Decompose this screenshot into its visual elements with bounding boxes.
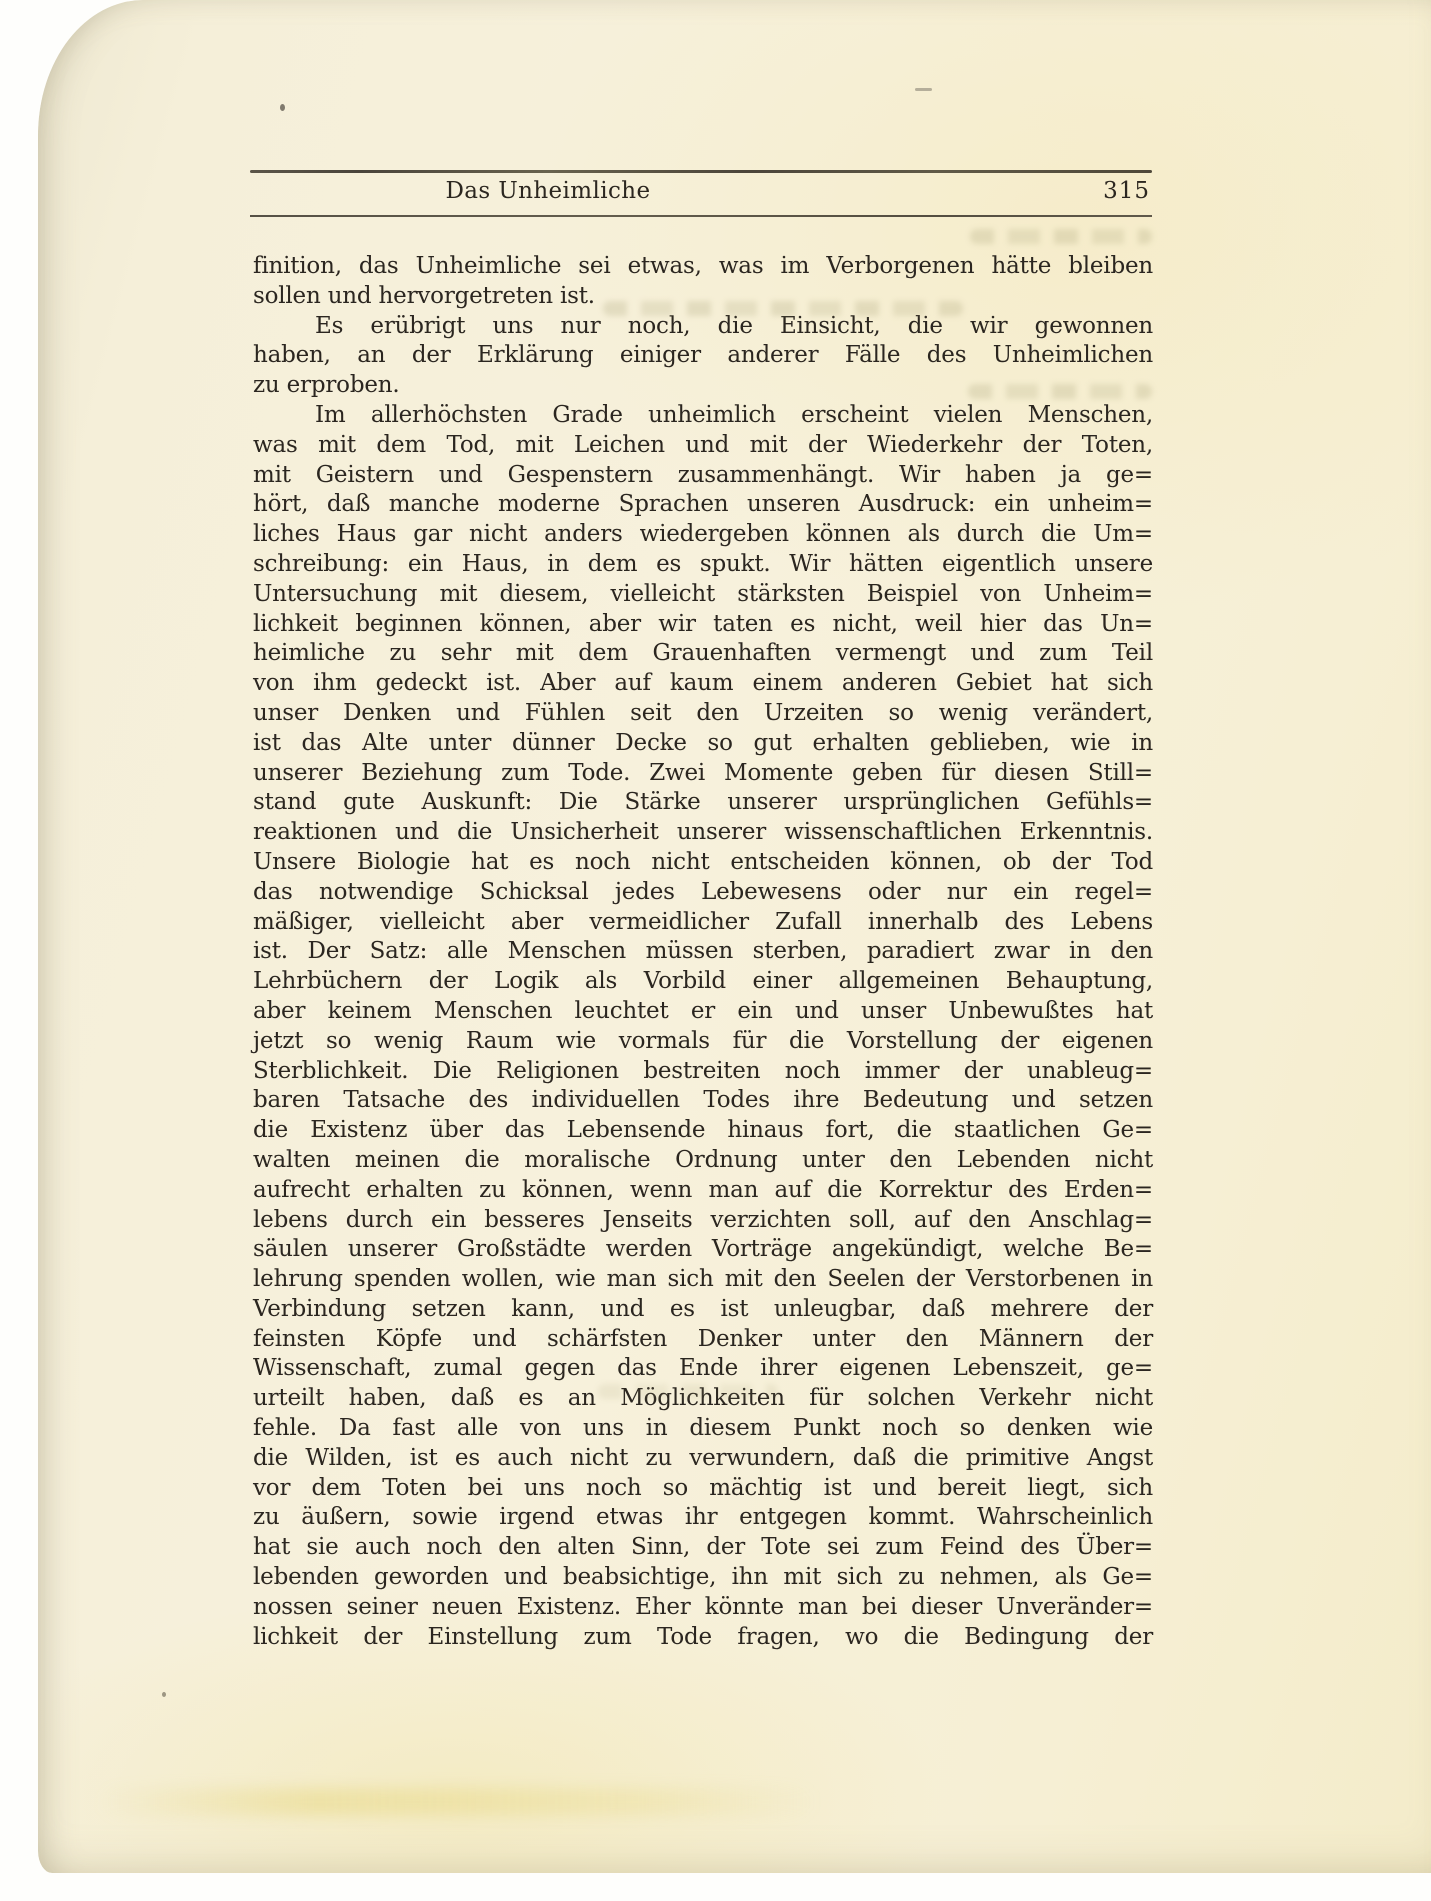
text-line: lichkeit der Einstellung zum Tode fragen… bbox=[253, 1623, 1153, 1653]
text-line: aber keinem Menschen leuchtet er ein und… bbox=[253, 997, 1153, 1027]
text-line: Im allerhöchsten Grade unheimlich ersche… bbox=[253, 401, 1153, 431]
text-line: unserer Beziehung zum Tode. Zwei Momente… bbox=[253, 759, 1153, 789]
ink-speck bbox=[280, 104, 285, 111]
text-line: aufrecht erhalten zu können, wenn man au… bbox=[253, 1176, 1153, 1206]
text-line: unser Denken und Fühlen seit den Urzeite… bbox=[253, 699, 1153, 729]
text-line: heimliche zu sehr mit dem Grauenhaften v… bbox=[253, 639, 1153, 669]
bleed-through-smudge bbox=[603, 301, 963, 316]
text-line: lehrung spenden wollen, wie man sich mit… bbox=[253, 1265, 1153, 1295]
text-line: lebens durch ein besseres Jenseits verzi… bbox=[253, 1206, 1153, 1236]
text-line: ist. Der Satz: alle Menschen müssen ster… bbox=[253, 937, 1153, 967]
text-line: baren Tatsache des individuellen Todes i… bbox=[253, 1086, 1153, 1116]
ink-speck bbox=[915, 88, 932, 91]
text-line: Verbindung setzen kann, und es ist unleu… bbox=[253, 1295, 1153, 1325]
text-line: die Wilden, ist es auch nicht zu verwund… bbox=[253, 1444, 1153, 1474]
bleed-through-smudge bbox=[968, 384, 1152, 399]
bleed-through-smudge bbox=[970, 229, 1152, 244]
text-line: säulen unserer Großstädte werden Vorträg… bbox=[253, 1235, 1153, 1265]
text-line: Wissenschaft, zumal gegen das Ende ihrer… bbox=[253, 1354, 1153, 1384]
scanned-book-page: Das Unheimliche 315 finition, das Unheim… bbox=[0, 0, 1431, 1901]
text-line: stand gute Auskunft: Die Stärke unserer … bbox=[253, 788, 1153, 818]
header-rule-top bbox=[250, 170, 1152, 173]
text-line: vor dem Toten bei uns noch so mächtig is… bbox=[253, 1474, 1153, 1504]
text-line: hört, daß manche moderne Sprachen unsere… bbox=[253, 490, 1153, 520]
text-line: schreibung: ein Haus, in dem es spukt. W… bbox=[253, 550, 1153, 580]
text-line: Untersuchung mit diesem, vielleicht stär… bbox=[253, 580, 1153, 610]
body-text-block: finition, das Unheimliche sei etwas, was… bbox=[253, 252, 1153, 1652]
running-head: Das Unheimliche 315 bbox=[250, 170, 1152, 220]
text-line: feinsten Köpfe und schärfsten Denker unt… bbox=[253, 1325, 1153, 1355]
text-line: das notwendige Schicksal jedes Lebewesen… bbox=[253, 878, 1153, 908]
paper-stain bbox=[98, 1788, 818, 1816]
ink-speck bbox=[162, 1692, 166, 1697]
text-line: was mit dem Tod, mit Leichen und mit der… bbox=[253, 431, 1153, 461]
bleed-through-smudge bbox=[598, 1384, 778, 1399]
text-line: nossen seiner neuen Existenz. Eher könnt… bbox=[253, 1593, 1153, 1623]
header-rule-bottom bbox=[250, 215, 1152, 217]
text-line: fehle. Da fast alle von uns in diesem Pu… bbox=[253, 1414, 1153, 1444]
text-line: lebenden geworden und beabsichtige, ihn … bbox=[253, 1563, 1153, 1593]
text-line: liches Haus gar nicht anders wiedergeben… bbox=[253, 520, 1153, 550]
text-line: haben, an der Erklärung einiger anderer … bbox=[253, 341, 1153, 371]
text-line: lichkeit beginnen können, aber wir taten… bbox=[253, 610, 1153, 640]
text-line: die Existenz über das Lebensende hinaus … bbox=[253, 1116, 1153, 1146]
text-line: jetzt so wenig Raum wie vormals für die … bbox=[253, 1027, 1153, 1057]
text-line: Lehrbüchern der Logik als Vorbild einer … bbox=[253, 967, 1153, 997]
text-line: hat sie auch noch den alten Sinn, der To… bbox=[253, 1533, 1153, 1563]
text-line: mäßiger, vielleicht aber vermeidlicher Z… bbox=[253, 908, 1153, 938]
text-line: Unsere Biologie hat es noch nicht entsch… bbox=[253, 848, 1153, 878]
text-line: ist das Alte unter dünner Decke so gut e… bbox=[253, 729, 1153, 759]
text-line: finition, das Unheimliche sei etwas, was… bbox=[253, 252, 1153, 282]
running-head-title: Das Unheimliche bbox=[428, 178, 668, 204]
text-line: walten meinen die moralische Ordnung unt… bbox=[253, 1146, 1153, 1176]
text-line: von ihm gedeckt ist. Aber auf kaum einem… bbox=[253, 669, 1153, 699]
text-line: zu äußern, sowie irgend etwas ihr entgeg… bbox=[253, 1503, 1153, 1533]
text-line: reaktionen und die Unsicherheit unserer … bbox=[253, 818, 1153, 848]
text-line: mit Geistern und Gespenstern zusammenhän… bbox=[253, 461, 1153, 491]
text-line: Sterblichkeit. Die Religionen bestreiten… bbox=[253, 1057, 1153, 1087]
text-line: Es erübrigt uns nur noch, die Einsicht, … bbox=[253, 312, 1153, 342]
page-number: 315 bbox=[1103, 178, 1150, 204]
paper-sheet: Das Unheimliche 315 finition, das Unheim… bbox=[38, 0, 1431, 1873]
